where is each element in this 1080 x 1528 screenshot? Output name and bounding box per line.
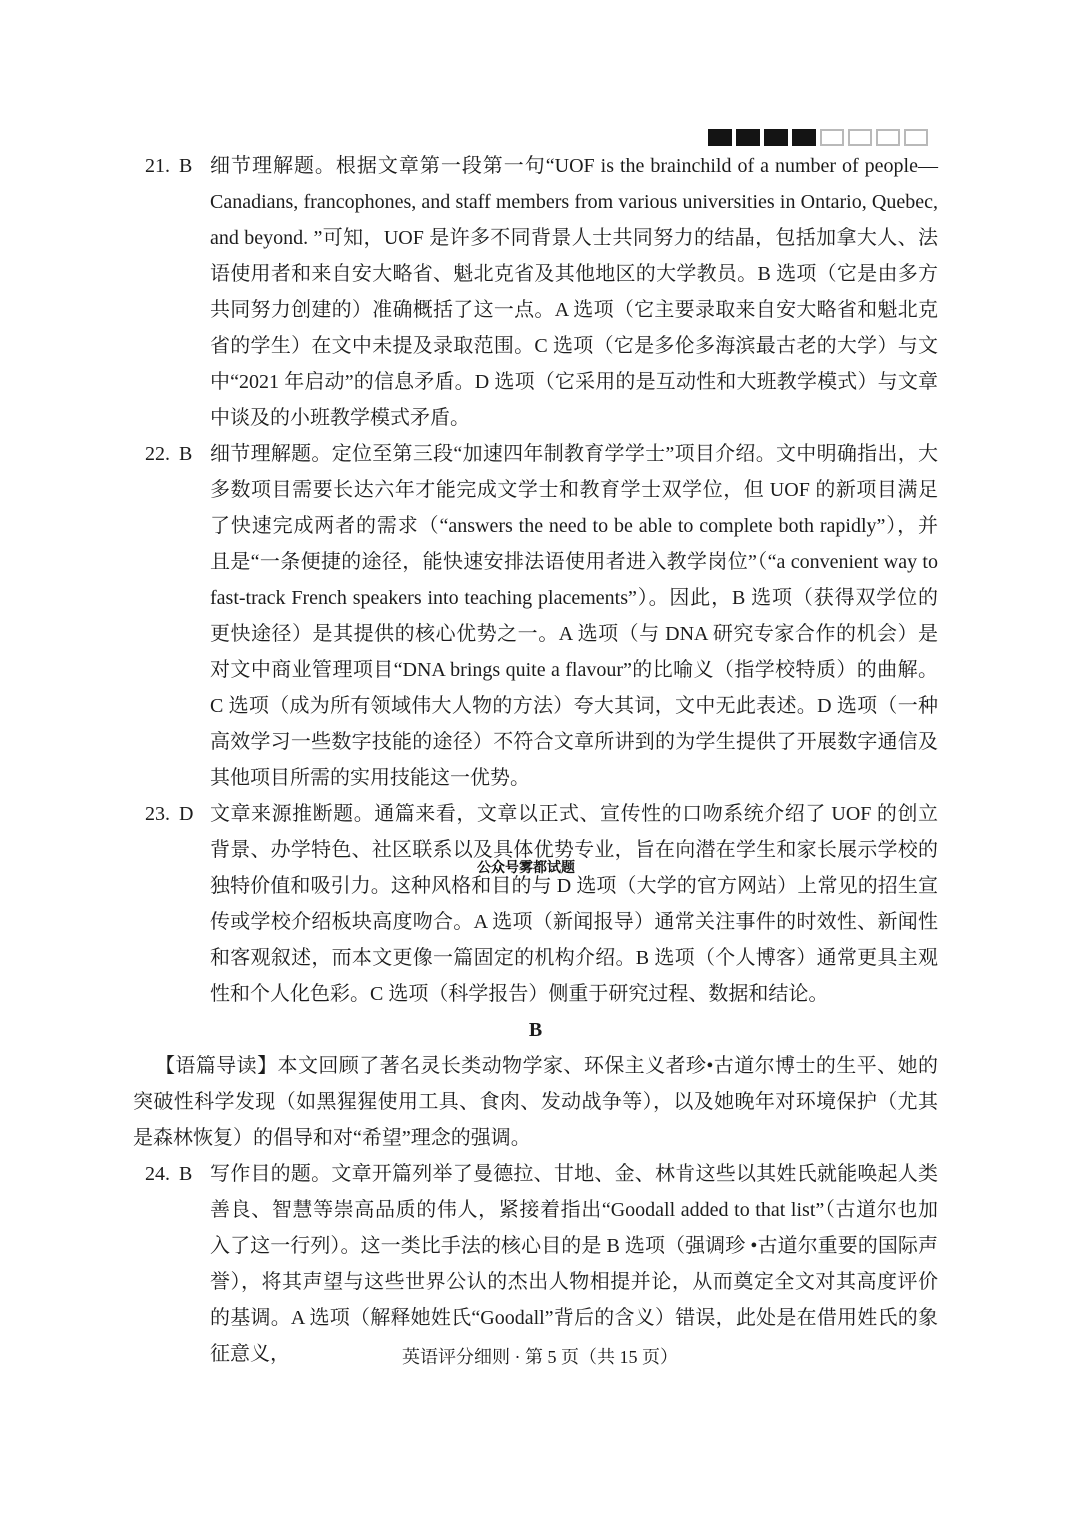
answer-letter: B	[179, 443, 192, 465]
question-label: 24.B	[133, 1156, 210, 1372]
progress-square-filled	[708, 129, 732, 146]
section-b-heading: B	[133, 1012, 938, 1048]
progress-square-filled	[736, 129, 760, 146]
section-b-answers: 24.B 写作目的题。文章开篇列举了曼德拉、甘地、金、林肯这些以其姓氏就能唤起人…	[133, 1156, 938, 1372]
answer-item: 22.B 细节理解题。定位至第三段“加速四年制教育学学士”项目介绍。文中明确指出…	[133, 436, 938, 796]
answer-item: 23.D 文章来源推断题。通篇来看，文章以正式、宣传性的口吻系统介绍了 UOF …	[133, 796, 938, 1012]
explanation-text: 细节理解题。根据文章第一段第一句“UOF is the brainchild o…	[210, 148, 938, 436]
question-label: 22.B	[133, 436, 210, 796]
question-label: 23.D	[133, 796, 210, 1012]
answer-letter: B	[179, 1163, 192, 1185]
passage-guide-paragraph: 【语篇导读】本文回顾了著名灵长类动物学家、环保主义者珍•古道尔博士的生平、她的突…	[133, 1048, 938, 1156]
progress-square-empty	[848, 129, 872, 146]
watermark: 公众号雾都试题	[477, 859, 575, 875]
question-number: 21.	[145, 155, 170, 177]
section-a-answers: 21.B 细节理解题。根据文章第一段第一句“UOF is the brainch…	[133, 148, 938, 1012]
document-page: 21.B 细节理解题。根据文章第一段第一句“UOF is the brainch…	[0, 0, 1080, 1528]
answer-letter: B	[179, 155, 192, 177]
question-label: 21.B	[133, 148, 210, 436]
progress-square-empty	[904, 129, 928, 146]
question-number: 24.	[145, 1163, 170, 1185]
question-number: 22.	[145, 443, 170, 465]
explanation-text: 文章来源推断题。通篇来看，文章以正式、宣传性的口吻系统介绍了 UOF 的创立背景…	[210, 796, 938, 1012]
explanation-text: 细节理解题。定位至第三段“加速四年制教育学学士”项目介绍。文中明确指出，大多数项…	[210, 436, 938, 796]
question-number: 23.	[145, 803, 170, 825]
answer-item: 21.B 细节理解题。根据文章第一段第一句“UOF is the brainch…	[133, 148, 938, 436]
progress-square-empty	[876, 129, 900, 146]
answer-key-content: 21.B 细节理解题。根据文章第一段第一句“UOF is the brainch…	[133, 148, 938, 1372]
progress-square-filled	[792, 129, 816, 146]
explanation-text: 写作目的题。文章开篇列举了曼德拉、甘地、金、林肯这些以其姓氏就能唤起人类善良、智…	[210, 1156, 938, 1372]
answer-letter: D	[179, 803, 193, 825]
page-progress-marker	[708, 129, 928, 146]
answer-item: 24.B 写作目的题。文章开篇列举了曼德拉、甘地、金、林肯这些以其姓氏就能唤起人…	[133, 1156, 938, 1372]
progress-square-filled	[764, 129, 788, 146]
page-footer: 英语评分细则 · 第 5 页（共 15 页）	[0, 1344, 1080, 1370]
progress-square-empty	[820, 129, 844, 146]
